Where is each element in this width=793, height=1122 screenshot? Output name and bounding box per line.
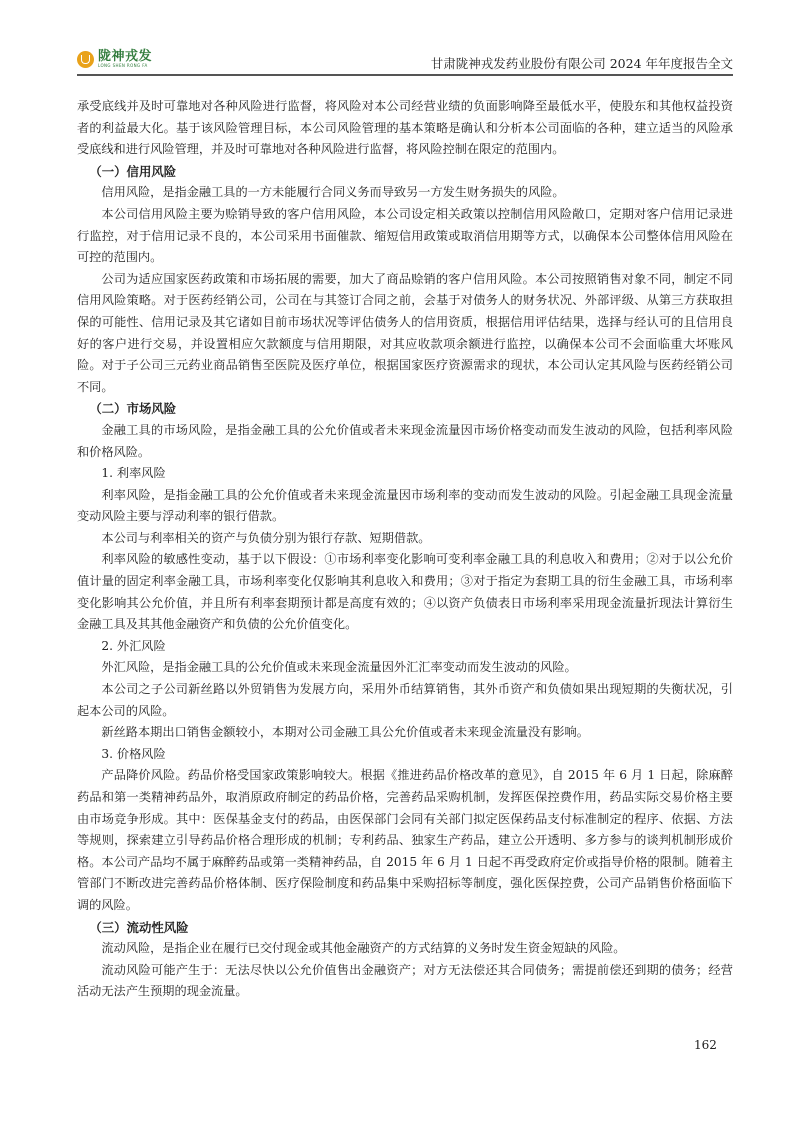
paragraph: 信用风险，是指金融工具的一方未能履行合同义务而导致另一方发生财务损失的风险。 <box>77 182 733 204</box>
subheading-price-risk: 3. 价格风险 <box>77 744 733 766</box>
paragraph: 外汇风险，是指金融工具的公允价值或未来现金流量因外汇汇率变动而发生波动的风险。 <box>77 657 733 679</box>
company-logo: 陇神戎发 LONG SHEN RONG FA <box>77 46 152 72</box>
section-heading-market-risk: （二）市场风险 <box>77 398 733 420</box>
paragraph: 产品降价风险。药品价格受国家政策影响较大。根据《推进药品价格改革的意见》，自 2… <box>77 765 733 916</box>
paragraph: 流动风险，是指企业在履行已交付现金或其他金融资产的方式结算的义务时发生资金短缺的… <box>77 938 733 960</box>
paragraph: 金融工具的市场风险，是指金融工具的公允价值或者未来现金流量因市场价格变动而发生波… <box>77 420 733 463</box>
document-body: 承受底线并及时可靠地对各种风险进行监督，将风险对本公司经营业绩的负面影响降至最低… <box>77 96 733 1003</box>
paragraph: 新丝路本期出口销售金额较小，本期对公司金融工具公允价值或者未来现金流量没有影响。 <box>77 722 733 744</box>
subheading-interest-rate-risk: 1. 利率风险 <box>77 463 733 485</box>
section-heading-credit-risk: （一）信用风险 <box>77 161 733 183</box>
paragraph: 本公司与利率相关的资产与负债分别为银行存款、短期借款。 <box>77 528 733 550</box>
paragraph: 本公司之子公司新丝路以外贸销售为发展方向，采用外币结算销售，其外币资产和负债如果… <box>77 679 733 722</box>
section-heading-liquidity-risk: （三）流动性风险 <box>77 917 733 939</box>
paragraph: 利率风险的敏感性变动，基于以下假设：①市场利率变化影响可变利率金融工具的利息收入… <box>77 549 733 635</box>
subheading-fx-risk: 2. 外汇风险 <box>77 636 733 658</box>
paragraph: 本公司信用风险主要为赊销导致的客户信用风险，本公司设定相关政策以控制信用风险敞口… <box>77 204 733 269</box>
logo-chinese-name: 陇神戎发 <box>98 50 152 63</box>
logo-english-name: LONG SHEN RONG FA <box>98 64 152 68</box>
logo-emblem-icon <box>77 51 94 68</box>
page-number: 162 <box>694 1038 717 1052</box>
paragraph: 公司为适应国家医药政策和市场拓展的需要，加大了商品赊销的客户信用风险。本公司按照… <box>77 269 733 399</box>
paragraph: 流动风险可能产生于：无法尽快以公允价值售出金融资产；对方无法偿还其合同债务；需提… <box>77 960 733 1003</box>
intro-paragraph: 承受底线并及时可靠地对各种风险进行监督，将风险对本公司经营业绩的负面影响降至最低… <box>77 96 733 161</box>
paragraph: 利率风险，是指金融工具的公允价值或者未来现金流量因市场利率的变动而发生波动的风险… <box>77 485 733 528</box>
report-title: 甘肃陇神戎发药业股份有限公司 2024 年年度报告全文 <box>431 54 733 72</box>
logo-text: 陇神戎发 LONG SHEN RONG FA <box>98 50 152 68</box>
page-header: 陇神戎发 LONG SHEN RONG FA 甘肃陇神戎发药业股份有限公司 20… <box>77 46 733 76</box>
